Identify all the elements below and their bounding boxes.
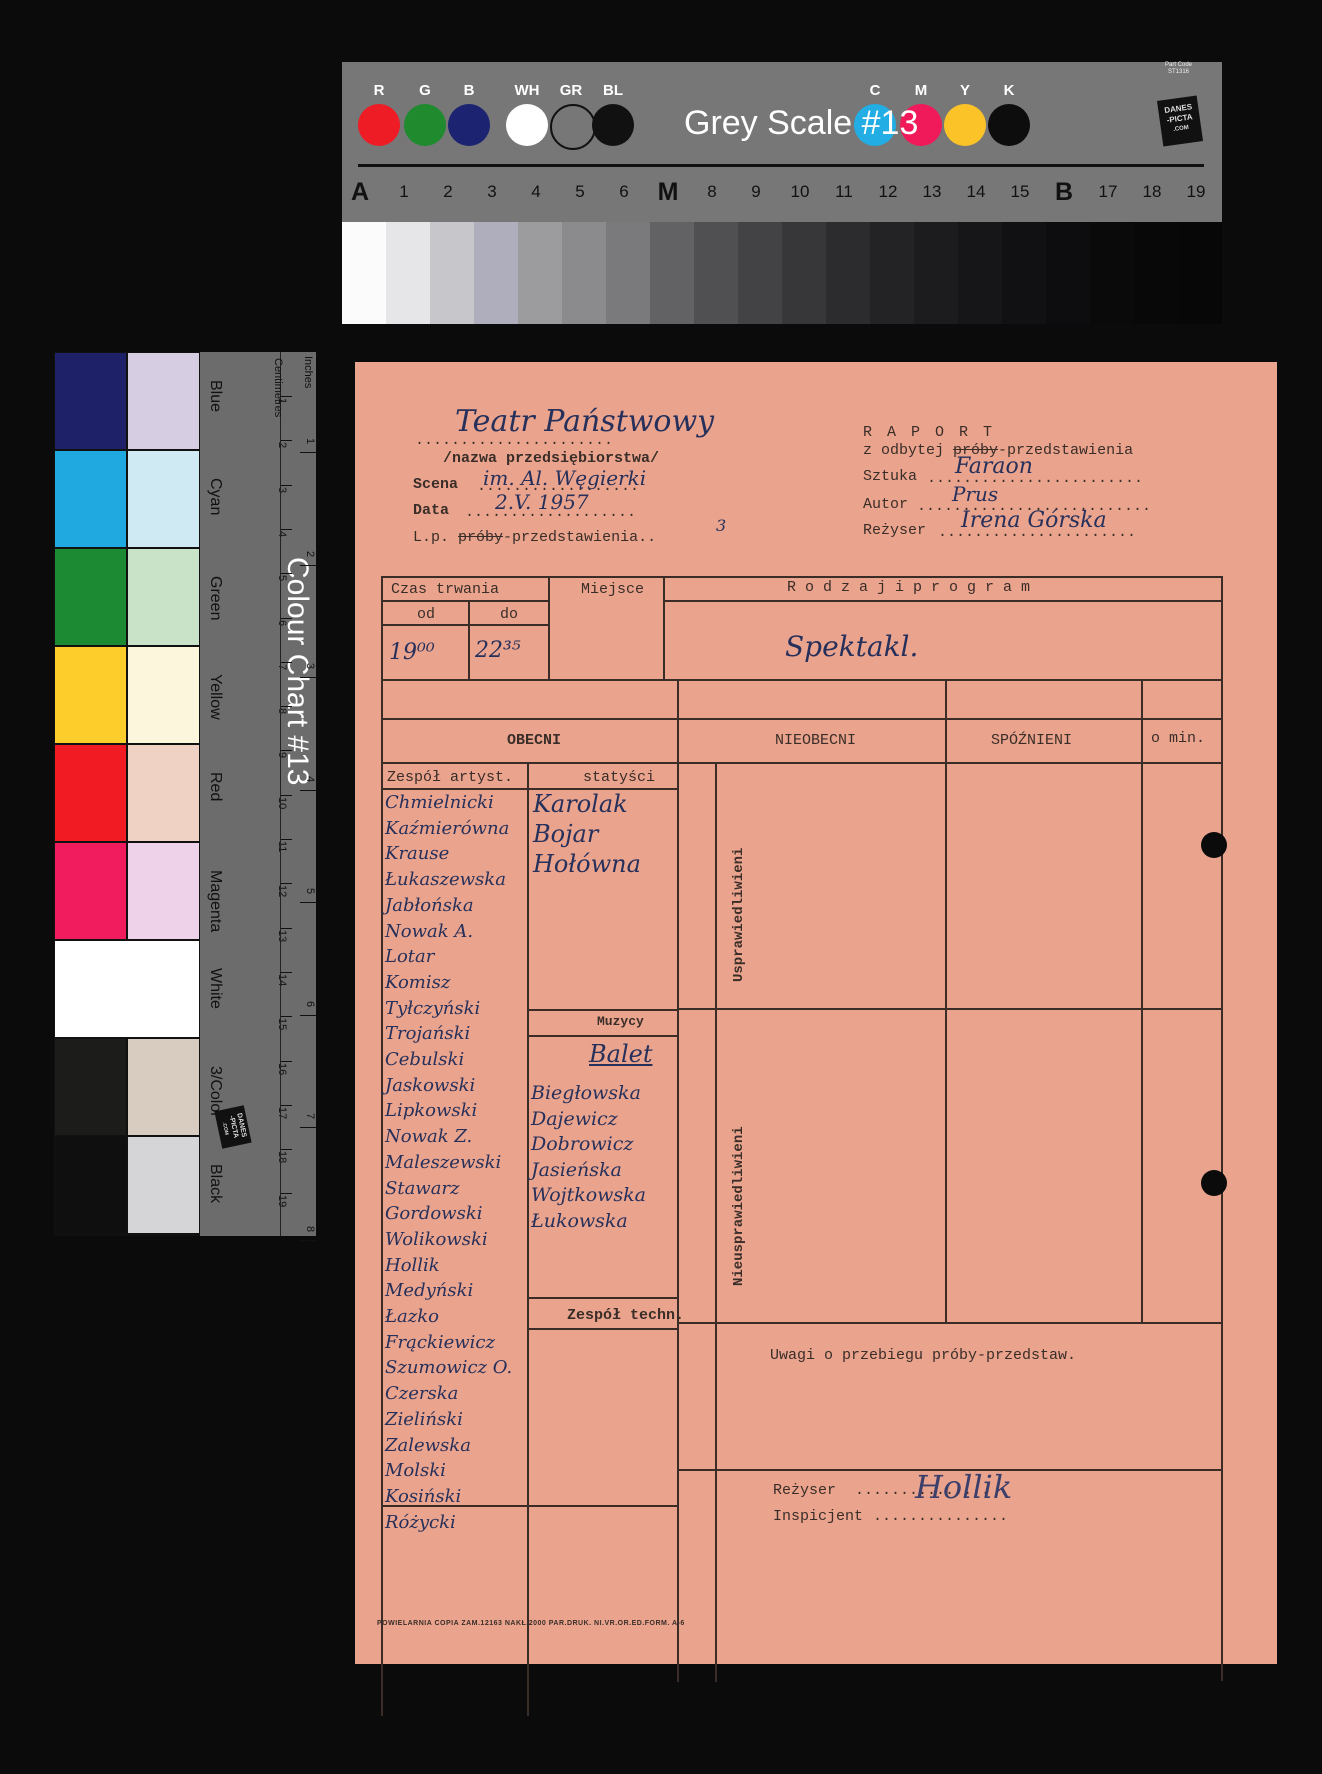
punch-hole (1201, 832, 1227, 858)
autor-label: Autor (863, 496, 908, 513)
grey-scale-card: RGBWHGRBLCMYK Grey Scale #13 Part Code S… (342, 62, 1222, 324)
dot-label-r: R (358, 82, 400, 99)
danes-picta-logo: DANES -PICTA .COM (1157, 95, 1203, 146)
scale-label: 15 (1000, 182, 1040, 202)
spoznieni-header: SPÓŹNIENI (991, 732, 1072, 749)
swatch-blue-light (127, 352, 200, 450)
colour-label-white: White (206, 968, 224, 1009)
grey-step (870, 222, 914, 324)
cm-tick: 13 (276, 930, 288, 942)
obecni-header: OBECNI (507, 732, 561, 749)
czas-trwania-header: Czas trwania (391, 581, 499, 598)
autor-value: Prus (952, 482, 998, 506)
colour-label-green: Green (206, 576, 224, 620)
scale-label: 2 (428, 182, 468, 202)
sztuka-label: Sztuka (863, 468, 917, 485)
artist-name: Tyłczyński (385, 998, 480, 1019)
color-dot-b (448, 104, 490, 146)
artist-name: Komisz (385, 972, 450, 993)
grey-step (342, 222, 386, 324)
dot-label-c: C (854, 82, 896, 99)
inch-tick: 3 (304, 663, 316, 669)
artist-name: Krause (385, 843, 449, 864)
artist-name: Nowak Z. (385, 1126, 472, 1147)
grey-step (430, 222, 474, 324)
swatch-magenta-light (127, 842, 200, 940)
grey-step (1002, 222, 1046, 324)
dot-label-k: K (988, 82, 1030, 99)
scale-label: B (1044, 178, 1084, 207)
report-title: R A P O R T (863, 424, 995, 441)
scale-label: 17 (1088, 182, 1128, 202)
artist-name: Cebulski (385, 1049, 464, 1070)
swatch-white (54, 940, 200, 1038)
cm-tick: 19 (276, 1195, 288, 1207)
nieobecni-header: NIEOBECNI (775, 732, 856, 749)
inch-tick: 2 (304, 551, 316, 557)
zespol-techn-header: Zespół techn. (567, 1307, 684, 1324)
dot-label-bl: BL (592, 82, 634, 99)
inch-tick: 5 (304, 888, 316, 894)
artist-name: Trojański (385, 1023, 470, 1044)
centimetres-label: Centimetres (272, 358, 284, 417)
uwagi-label: Uwagi o przebiegu próby-przedstaw. (770, 1347, 1076, 1364)
swatch-magenta-dark (54, 842, 127, 940)
data-value: 2.V. 1957 (495, 490, 589, 514)
cm-tick: 9 (276, 752, 288, 758)
scale-label: 13 (912, 182, 952, 202)
grey-step (518, 222, 562, 324)
dot-label-g: G (404, 82, 446, 99)
cm-tick: 2 (276, 442, 288, 448)
punch-hole (1201, 1170, 1227, 1196)
cm-tick: 4 (276, 531, 288, 537)
swatch-red-dark (54, 744, 127, 842)
rezyser-label: Reżyser (863, 522, 926, 539)
artist-name: Różycki (385, 1512, 456, 1533)
scale-label: 18 (1132, 182, 1172, 202)
cm-tick: 11 (276, 841, 288, 852)
extra-name: Bojar (533, 820, 598, 848)
cm-tick: 7 (276, 664, 288, 670)
colour-label-cyan: Cyan (206, 478, 224, 515)
inch-tick: 8 (304, 1226, 316, 1232)
inches-label: Inches (302, 356, 314, 388)
color-dot-wh (506, 104, 548, 146)
cm-tick: 5 (276, 575, 288, 581)
scale-label: 6 (604, 182, 644, 202)
artist-name: Lipkowski (385, 1100, 477, 1121)
do-value: 22³⁵ (475, 638, 521, 663)
swatch-yellow-dark (54, 646, 127, 744)
artist-name: Gordowski (385, 1203, 483, 1224)
artist-name: Łazko (385, 1306, 439, 1327)
grey-step (826, 222, 870, 324)
lp-value: 3 (716, 516, 726, 535)
colour-label-black: Black (206, 1164, 224, 1203)
printer-footer: POWIELARNIA COPIA ZAM.12163 NAKŁ.2000 PA… (377, 1620, 685, 1627)
artist-name: Szumowicz O. (385, 1357, 512, 1378)
rezyser-value: Irena Górska (961, 508, 1107, 533)
lp-label: L.p. próby-przedstawienia.. (413, 529, 656, 546)
inch-tick: 7 (304, 1113, 316, 1119)
nieusprawiedliwieni-label: Nieusprawiedliwieni (731, 1126, 747, 1286)
signature: Hollik (915, 1468, 1012, 1506)
sztuka-value: Faraon (955, 454, 1033, 479)
artist-name: Chmielnicki (385, 792, 494, 813)
scale-label: 3 (472, 182, 512, 202)
rodzaj-program-header: R o d z a j i p r o g r a m (787, 579, 1030, 596)
grey-step (958, 222, 1002, 324)
musician-name: Łukowska (531, 1210, 628, 1232)
artist-name: Czerska (385, 1383, 458, 1404)
artist-name: Zieliński (385, 1409, 463, 1430)
artist-name: Molski (385, 1460, 446, 1481)
cm-tick: 10 (276, 797, 288, 809)
scale-label: M (648, 178, 688, 207)
color-dot-k (988, 104, 1030, 146)
scale-label: 19 (1176, 182, 1216, 202)
statysci-header: statyści (583, 769, 655, 786)
inspicjent-sign-label: Inspicjent (773, 1508, 863, 1525)
swatch-yellow-light (127, 646, 200, 744)
artist-name: Stawarz (385, 1178, 460, 1199)
swatch-red-light (127, 744, 200, 842)
swatch-3/color-dark (54, 1038, 127, 1136)
theatre-report-form: Teatr Państwowy ...................... /… (355, 362, 1277, 1664)
grey-step (1134, 222, 1178, 324)
swatch-black-dark (54, 1136, 127, 1234)
grey-step (782, 222, 826, 324)
color-dot-bl (592, 104, 634, 146)
inch-tick: 6 (304, 1001, 316, 1007)
data-label: Data (413, 502, 449, 519)
grey-step (914, 222, 958, 324)
scale-label: 14 (956, 182, 996, 202)
cm-tick: 6 (276, 620, 288, 626)
dot-label-b: B (448, 82, 490, 99)
muzycy-header: Muzycy (597, 1014, 644, 1029)
cm-tick: 3 (276, 487, 288, 493)
inch-tick: 4 (304, 776, 316, 782)
grey-step (694, 222, 738, 324)
grey-scale-title: Grey Scale #13 (684, 104, 918, 143)
scale-label: 1 (384, 182, 424, 202)
artist-name: Jaskowski (385, 1075, 475, 1096)
artist-name: Jabłońska (385, 895, 474, 916)
muzycy-balet: Balet (589, 1040, 652, 1068)
artist-name: Wolikowski (385, 1229, 488, 1250)
cm-tick: 12 (276, 885, 288, 897)
artist-name: Hollik (385, 1255, 440, 1276)
dot-label-gr: GR (550, 82, 592, 99)
colour-label-yellow: Yellow (206, 674, 224, 720)
cm-tick: 16 (276, 1063, 288, 1075)
artist-name: Lotar (385, 946, 434, 967)
swatch-green-dark (54, 548, 127, 646)
od-value: 19⁰⁰ (389, 640, 435, 665)
divider (358, 164, 1204, 167)
colour-label-magenta: Magenta (206, 870, 224, 932)
do-header: do (500, 606, 518, 623)
part-code: Part Code ST1316 (1165, 62, 1192, 76)
artist-name: Nowak A. (385, 921, 473, 942)
miejsce-header: Miejsce (581, 581, 644, 598)
o-min-header: o min. (1151, 730, 1205, 747)
musician-name: Dajewicz (531, 1108, 618, 1130)
inch-tick: 1 (304, 438, 316, 444)
dot-label-wh: WH (506, 82, 548, 99)
swatch-green-light (127, 548, 200, 646)
swatch-cyan-dark (54, 450, 127, 548)
grey-step (1178, 222, 1222, 324)
artist-name: Kosiński (385, 1486, 461, 1507)
artist-name: Kaźmierówna (385, 818, 509, 839)
extra-name: Karolak (533, 790, 628, 818)
scale-label: 10 (780, 182, 820, 202)
colour-chart: Colour Chart #13 BlueCyanGreenYellowRedM… (54, 352, 316, 1236)
od-header: od (417, 606, 435, 623)
grey-scale-labels: A123456M89101112131415B171819 (342, 182, 1222, 208)
grey-step (738, 222, 782, 324)
dot-label-m: M (900, 82, 942, 99)
scale-label: 4 (516, 182, 556, 202)
grey-step (474, 222, 518, 324)
color-dot-gr (550, 104, 596, 150)
musician-name: Jasieńska (531, 1159, 622, 1181)
color-dot-g (404, 104, 446, 146)
cm-tick: 14 (276, 974, 288, 986)
scale-label: 8 (692, 182, 732, 202)
scale-label: A (340, 178, 380, 207)
scena-label: Scena (413, 476, 458, 493)
dot-label-y: Y (944, 82, 986, 99)
artist-name: Medyński (385, 1280, 473, 1301)
company-caption: /nazwa przedsiębiorstwa/ (443, 450, 659, 467)
grey-step (386, 222, 430, 324)
scale-label: 5 (560, 182, 600, 202)
grey-scale-steps (342, 222, 1222, 324)
scale-label: 9 (736, 182, 776, 202)
grey-step (562, 222, 606, 324)
artist-name: Maleszewski (385, 1152, 501, 1173)
colour-label-red: Red (206, 772, 224, 801)
swatch-blue-dark (54, 352, 127, 450)
color-dot-y (944, 104, 986, 146)
grey-step (606, 222, 650, 324)
usprawiedliwieni-label: Usprawiedliwieni (731, 848, 747, 982)
colour-label-blue: Blue (206, 380, 224, 412)
grey-step (1046, 222, 1090, 324)
zespol-artyst-header: Zespół artyst. (387, 769, 513, 786)
scale-label: 11 (824, 182, 864, 202)
cm-tick: 15 (276, 1018, 288, 1030)
rezyser-sign-label: Reżyser (773, 1482, 836, 1499)
cm-tick: 18 (276, 1151, 288, 1163)
color-dot-r (358, 104, 400, 146)
swatch-3/color-light (127, 1038, 200, 1136)
grey-step (650, 222, 694, 324)
artist-name: Frąckiewicz (385, 1332, 495, 1353)
grey-step (1090, 222, 1134, 324)
musician-name: Wojtkowska (531, 1184, 646, 1206)
artist-name: Łukaszewska (385, 869, 506, 890)
musician-name: Biegłowska (531, 1082, 641, 1104)
extra-name: Hołówna (533, 850, 641, 878)
swatch-cyan-light (127, 450, 200, 548)
scale-label: 12 (868, 182, 908, 202)
rodzaj-value: Spektakl. (785, 630, 918, 663)
swatch-black-light (127, 1136, 200, 1234)
artist-name: Zalewska (385, 1435, 471, 1456)
musician-name: Dobrowicz (531, 1133, 633, 1155)
cm-tick: 8 (276, 708, 288, 714)
cm-tick: 17 (276, 1107, 288, 1119)
scena-value: im. Al. Węgierki (483, 466, 646, 490)
